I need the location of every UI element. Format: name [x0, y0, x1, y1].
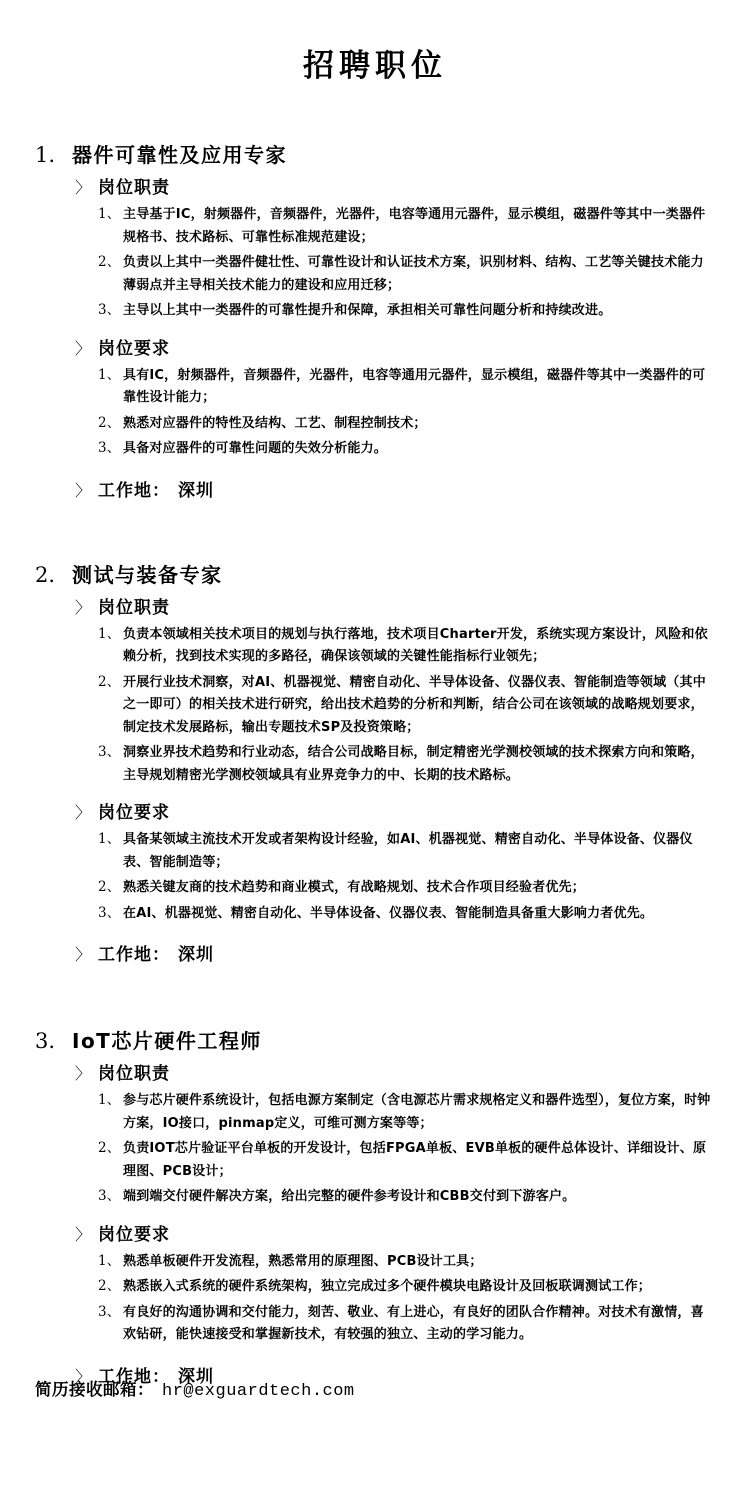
item-text: 具有IC，射频器件，音频器件，光器件，电容等通用元器件，显示模组，磁器件等其中一…: [123, 368, 705, 406]
list-item: 1、主导基于IC，射频器件，音频器件，光器件，电容等通用元器件，显示模组，磁器件…: [98, 203, 714, 249]
item-number: 1、: [98, 623, 123, 646]
requirements-list: 1、具备某领域主流技术开发或者架构设计经验，如AI、机器视觉、精密自动化、半导体…: [98, 828, 714, 925]
requirements-list: 1、具有IC，射频器件，音频器件，光器件，电容等通用元器件，显示模组，磁器件等其…: [98, 364, 714, 461]
duties-heading: 〉 岗位职责: [75, 1059, 716, 1084]
position-number: 3.: [35, 1029, 72, 1053]
position-title: IoT芯片硬件工程师: [72, 1025, 262, 1054]
item-text: 参与芯片硬件系统设计，包括电源方案制定（含电源芯片需求规格定义和器件选型），复位…: [123, 1093, 711, 1131]
duties-list: 1、主导基于IC，射频器件，音频器件，光器件，电容等通用元器件，显示模组，磁器件…: [98, 203, 714, 323]
item-number: 1、: [98, 828, 123, 851]
item-text: 熟悉关键友商的技术趋势和商业模式，有战略规划、技术合作项目经验者优先；: [123, 880, 585, 895]
position-heading: 1. 器件可靠性及应用专家: [35, 139, 716, 168]
item-text: 具备对应器件的可靠性问题的失效分析能力。: [123, 441, 387, 456]
list-item: 3、有良好的沟通协调和交付能力，刻苦、敬业、有上进心，有良好的团队合作精神。对技…: [98, 1301, 714, 1347]
list-item: 2、负责IOT芯片验证平台单板的开发设计，包括FPGA单板、EVB单板的硬件总体…: [98, 1137, 714, 1183]
item-number: 3、: [98, 1301, 123, 1324]
requirements-heading: 〉 岗位要求: [75, 798, 716, 823]
chevron-right-icon: 〉: [75, 595, 98, 618]
duties-label: 岗位职责: [98, 1059, 170, 1084]
item-number: 1、: [98, 364, 123, 387]
item-number: 2、: [98, 1137, 123, 1160]
position-number: 2.: [35, 563, 72, 587]
position-heading: 3. IoT芯片硬件工程师: [35, 1025, 716, 1054]
chevron-right-icon: 〉: [75, 175, 98, 198]
item-text: 熟悉单板硬件开发流程，熟悉常用的原理图、PCB设计工具；: [123, 1254, 483, 1269]
item-text: 在AI、机器视觉、精密自动化、半导体设备、仪器仪表、智能制造具备重大影响力者优先…: [123, 906, 653, 921]
requirements-heading: 〉 岗位要求: [75, 1220, 716, 1245]
list-item: 1、具备某领域主流技术开发或者架构设计经验，如AI、机器视觉、精密自动化、半导体…: [98, 828, 714, 874]
item-number: 1、: [98, 1089, 123, 1112]
item-text: 负责本领域相关技术项目的规划与执行落地，技术项目Charter开发，系统实现方案…: [123, 627, 708, 665]
list-item: 3、洞察业界技术趋势和行业动态，结合公司战略目标，制定精密光学测校领域的技术探索…: [98, 741, 714, 787]
item-number: 2、: [98, 671, 123, 694]
duties-list: 1、参与芯片硬件系统设计，包括电源方案制定（含电源芯片需求规格定义和器件选型），…: [98, 1089, 714, 1209]
list-item: 3、主导以上其中一类器件的可靠性提升和保障，承担相关可靠性问题分析和持续改进。: [98, 299, 714, 323]
position-body: 〉 岗位职责 1、参与芯片硬件系统设计，包括电源方案制定（含电源芯片需求规格定义…: [75, 1059, 716, 1387]
position-body: 〉 岗位职责 1、主导基于IC，射频器件，音频器件，光器件，电容等通用元器件，显…: [75, 173, 716, 501]
item-number: 3、: [98, 741, 123, 764]
chevron-right-icon: 〉: [75, 478, 98, 501]
item-number: 1、: [98, 203, 123, 226]
position-title: 器件可靠性及应用专家: [72, 139, 287, 168]
resume-email-label: 简历接收邮箱：: [35, 1376, 154, 1400]
location-value: 深圳: [178, 476, 214, 501]
requirements-label: 岗位要求: [98, 1220, 170, 1245]
item-number: 2、: [98, 251, 123, 274]
list-item: 2、熟悉嵌入式系统的硬件系统架构，独立完成过多个硬件模块电路设计及回板联调测试工…: [98, 1275, 714, 1299]
item-text: 熟悉嵌入式系统的硬件系统架构，独立完成过多个硬件模块电路设计及回板联调测试工作；: [123, 1279, 651, 1294]
duties-heading: 〉 岗位职责: [75, 593, 716, 618]
location-row: 〉 工作地： 深圳: [75, 940, 716, 965]
item-number: 2、: [98, 1275, 123, 1298]
item-number: 2、: [98, 412, 123, 435]
item-text: 主导基于IC，射频器件，音频器件，光器件，电容等通用元器件，显示模组，磁器件等其…: [123, 207, 705, 245]
duties-label: 岗位职责: [98, 593, 170, 618]
item-number: 1、: [98, 1250, 123, 1273]
chevron-right-icon: 〉: [75, 942, 98, 965]
requirements-heading: 〉 岗位要求: [75, 334, 716, 359]
requirements-label: 岗位要求: [98, 334, 170, 359]
chevron-right-icon: 〉: [75, 800, 98, 823]
list-item: 2、熟悉关键友商的技术趋势和商业模式，有战略规划、技术合作项目经验者优先；: [98, 876, 714, 900]
item-number: 3、: [98, 1185, 123, 1208]
item-number: 3、: [98, 902, 123, 925]
list-item: 3、具备对应器件的可靠性问题的失效分析能力。: [98, 437, 714, 461]
item-text: 具备某领域主流技术开发或者架构设计经验，如AI、机器视觉、精密自动化、半导体设备…: [123, 832, 693, 870]
page-title: 招聘职位: [0, 0, 750, 85]
item-text: 负责IOT芯片验证平台单板的开发设计，包括FPGA单板、EVB单板的硬件总体设计…: [123, 1141, 706, 1179]
position-section-1: 1. 器件可靠性及应用专家 〉 岗位职责 1、主导基于IC，射频器件，音频器件，…: [35, 139, 716, 501]
position-section-2: 2. 测试与装备专家 〉 岗位职责 1、负责本领域相关技术项目的规划与执行落地，…: [35, 559, 716, 966]
item-number: 2、: [98, 876, 123, 899]
list-item: 3、端到端交付硬件解决方案，给出完整的硬件参考设计和CBB交付到下游客户。: [98, 1185, 714, 1209]
resume-email-row: 简历接收邮箱： hr@exguardtech.com: [35, 1376, 355, 1401]
list-item: 2、熟悉对应器件的特性及结构、工艺、制程控制技术；: [98, 412, 714, 436]
position-number: 1.: [35, 143, 72, 167]
list-item: 2、负责以上其中一类器件健壮性、可靠性设计和认证技术方案，识别材料、结构、工艺等…: [98, 251, 714, 297]
item-text: 熟悉对应器件的特性及结构、工艺、制程控制技术；: [123, 416, 427, 431]
list-item: 1、熟悉单板硬件开发流程，熟悉常用的原理图、PCB设计工具；: [98, 1250, 714, 1274]
location-label: 工作地：: [98, 940, 170, 965]
location-row: 〉 工作地： 深圳: [75, 476, 716, 501]
requirements-label: 岗位要求: [98, 798, 170, 823]
list-item: 1、具有IC，射频器件，音频器件，光器件，电容等通用元器件，显示模组，磁器件等其…: [98, 364, 714, 410]
item-text: 主导以上其中一类器件的可靠性提升和保障，承担相关可靠性问题分析和持续改进。: [123, 303, 611, 318]
item-text: 负责以上其中一类器件健壮性、可靠性设计和认证技术方案，识别材料、结构、工艺等关键…: [123, 255, 704, 293]
item-number: 3、: [98, 299, 123, 322]
item-text: 洞察业界技术趋势和行业动态，结合公司战略目标，制定精密光学测校领域的技术探索方向…: [123, 745, 704, 783]
duties-label: 岗位职责: [98, 173, 170, 198]
requirements-list: 1、熟悉单板硬件开发流程，熟悉常用的原理图、PCB设计工具； 2、熟悉嵌入式系统…: [98, 1250, 714, 1347]
position-section-3: 3. IoT芯片硬件工程师 〉 岗位职责 1、参与芯片硬件系统设计，包括电源方案…: [35, 1025, 716, 1387]
item-text: 端到端交付硬件解决方案，给出完整的硬件参考设计和CBB交付到下游客户。: [123, 1189, 575, 1204]
chevron-right-icon: 〉: [75, 336, 98, 359]
item-number: 3、: [98, 437, 123, 460]
resume-email-value: hr@exguardtech.com: [162, 1382, 355, 1401]
position-title: 测试与装备专家: [72, 559, 223, 588]
list-item: 2、开展行业技术洞察，对AI、机器视觉、精密自动化、半导体设备、仪器仪表、智能制…: [98, 671, 714, 740]
chevron-right-icon: 〉: [75, 1222, 98, 1245]
position-body: 〉 岗位职责 1、负责本领域相关技术项目的规划与执行落地，技术项目Charter…: [75, 593, 716, 966]
location-value: 深圳: [178, 940, 214, 965]
list-item: 1、参与芯片硬件系统设计，包括电源方案制定（含电源芯片需求规格定义和器件选型），…: [98, 1089, 714, 1135]
duties-list: 1、负责本领域相关技术项目的规划与执行落地，技术项目Charter开发，系统实现…: [98, 623, 714, 788]
list-item: 3、在AI、机器视觉、精密自动化、半导体设备、仪器仪表、智能制造具备重大影响力者…: [98, 902, 714, 926]
duties-heading: 〉 岗位职责: [75, 173, 716, 198]
position-heading: 2. 测试与装备专家: [35, 559, 716, 588]
item-text: 有良好的沟通协调和交付能力，刻苦、敬业、有上进心，有良好的团队合作精神。对技术有…: [123, 1305, 704, 1343]
location-label: 工作地：: [98, 476, 170, 501]
list-item: 1、负责本领域相关技术项目的规划与执行落地，技术项目Charter开发，系统实现…: [98, 623, 714, 669]
chevron-right-icon: 〉: [75, 1061, 98, 1084]
job-posting-document: 招聘职位 1. 器件可靠性及应用专家 〉 岗位职责 1、主导基于IC，射频器件，…: [0, 0, 750, 1500]
item-text: 开展行业技术洞察，对AI、机器视觉、精密自动化、半导体设备、仪器仪表、智能制造等…: [123, 675, 706, 735]
